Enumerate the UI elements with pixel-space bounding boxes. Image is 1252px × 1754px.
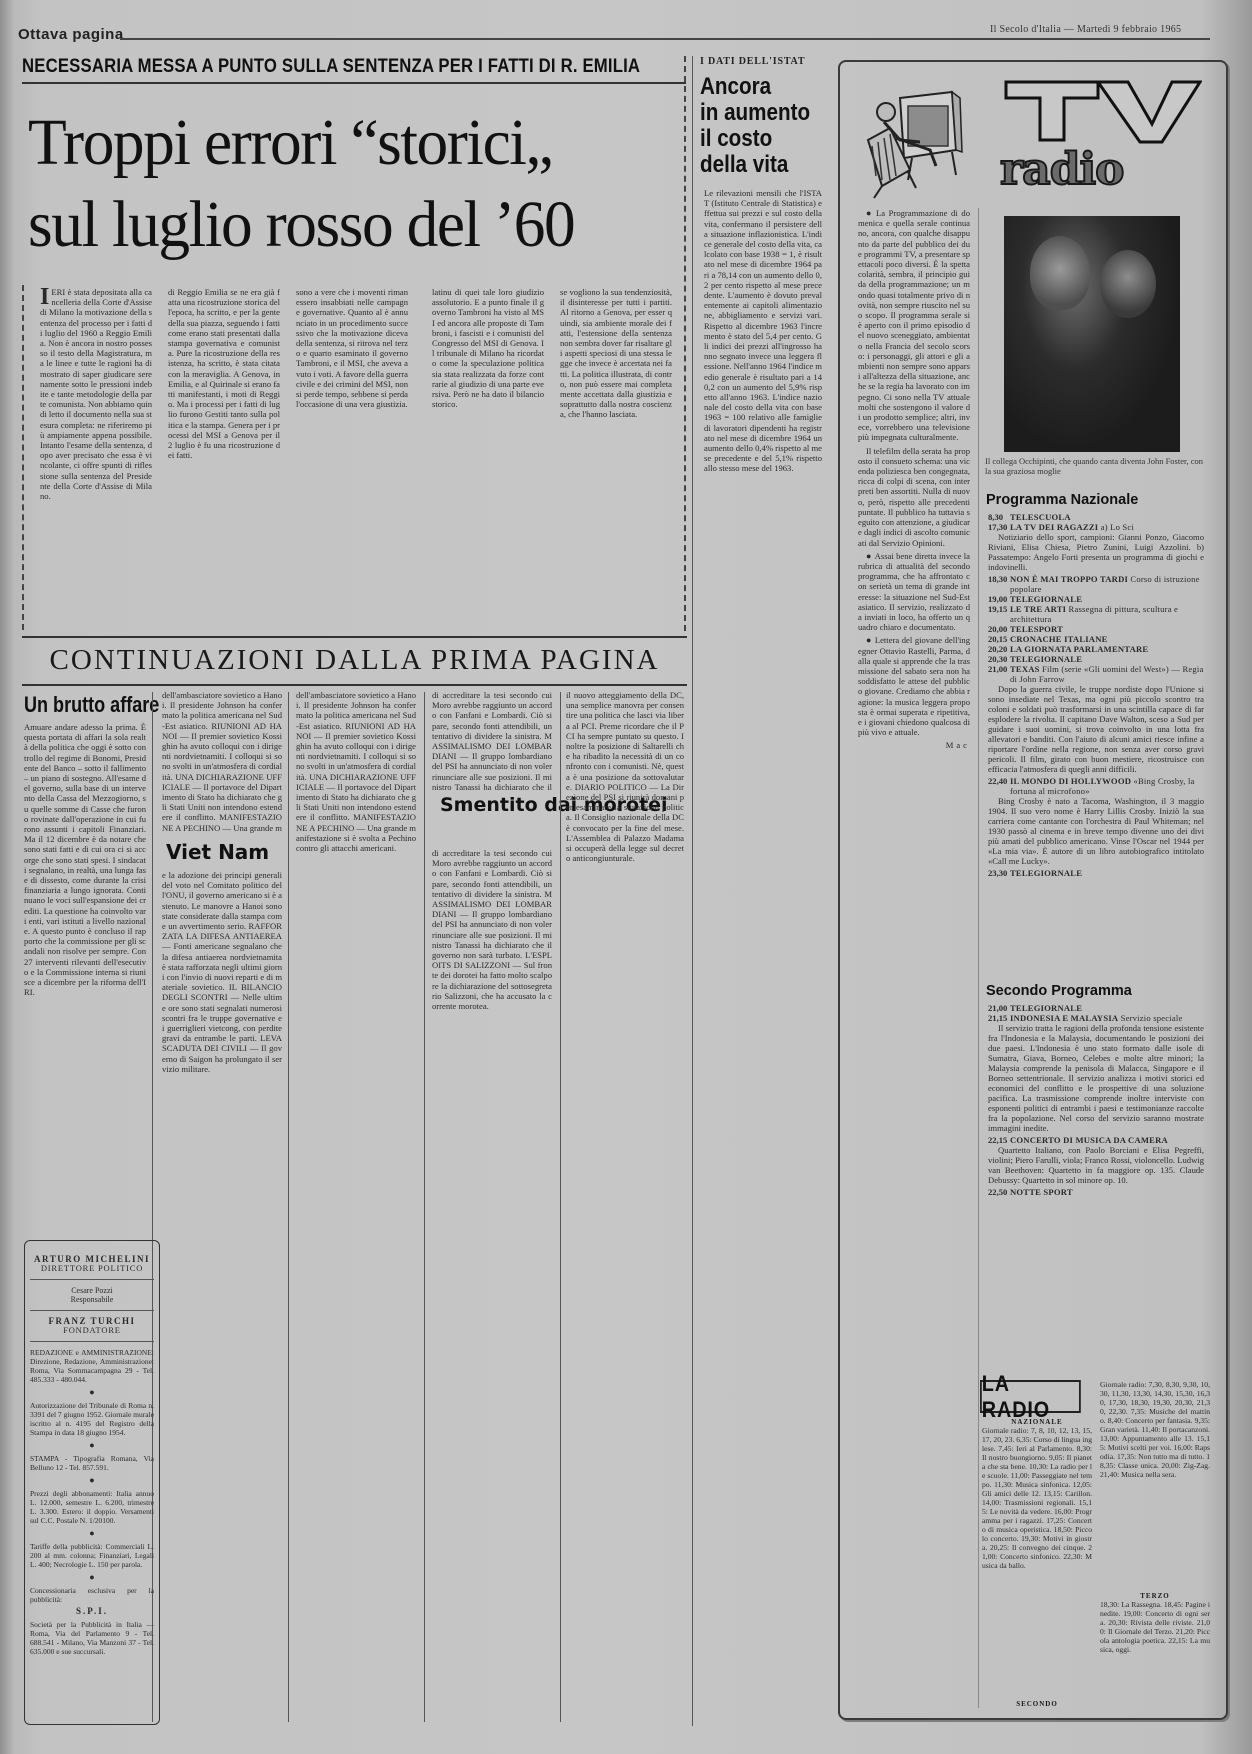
istat-headline-line: il costo bbox=[700, 126, 820, 152]
schedule-title: TELESCUOLA bbox=[1010, 512, 1071, 522]
column-dashed-rule-right bbox=[684, 56, 686, 631]
bullet-icon: ● bbox=[30, 1529, 154, 1538]
story-text-smentito: di accreditare la tesi secondo cui Moro … bbox=[432, 848, 552, 1725]
photo-occhipinti bbox=[1004, 216, 1180, 452]
director-role: DIRETTORE POLITICO bbox=[30, 1264, 154, 1273]
schedule-subtitle: Servizio speciale bbox=[1118, 1013, 1182, 1023]
schedule-title: IL MONDO DI HOLLYWOOD «Bing Crosby, la f… bbox=[1010, 776, 1204, 796]
column-dashed-rule bbox=[22, 285, 24, 630]
schedule-title: TELEGIORNALE bbox=[1010, 868, 1082, 878]
schedule-item: 21,00TEXAS Film (serie «Gli uomini del W… bbox=[988, 664, 1204, 684]
tv-logo-icon bbox=[1002, 78, 1202, 144]
schedule-title: NON È MAI TROPPO TARDI Corso di istruzio… bbox=[1010, 574, 1204, 594]
radio-secondo-label: SECONDO bbox=[982, 1700, 1092, 1708]
schedule-item: 22,50NOTTE SPORT bbox=[988, 1187, 1204, 1197]
bullet-icon: ● bbox=[30, 1573, 154, 1582]
istat-headline-line: Ancora bbox=[700, 74, 820, 100]
schedule-time: 23,30 bbox=[988, 868, 1010, 878]
schedule-time: 21,00 bbox=[988, 1003, 1010, 1013]
lead-column-2: di Reggio Emilia se ne era già fatta una… bbox=[168, 287, 280, 622]
istat-kicker: I DATI DELL'ISTAT bbox=[700, 56, 805, 67]
schedule-time: 22,15 bbox=[988, 1135, 1010, 1145]
story-text-viet-nam-top: dell'ambasciatore sovietico a Hanoi. Il … bbox=[162, 690, 282, 835]
schedule-time: 20,30 bbox=[988, 654, 1010, 664]
schedule-item: 22,15CONCERTO DI MUSICA DA CAMERA bbox=[988, 1135, 1204, 1145]
schedule-time: 21,15 bbox=[988, 1013, 1010, 1023]
schedule-time: 17,30 bbox=[988, 522, 1010, 532]
column-rule bbox=[978, 208, 979, 1708]
schedule-item: 20,30TELEGIORNALE bbox=[988, 654, 1204, 664]
schedule-item: 18,30NON È MAI TROPPO TARDI Corso di ist… bbox=[988, 574, 1204, 594]
schedule-title: TELEGIORNALE bbox=[1010, 1003, 1082, 1013]
lead-column-3: sono a vere che i moventi rimanessero in… bbox=[296, 287, 408, 622]
schedule-title: LA GIORNATA PARLAMENTARE bbox=[1010, 644, 1148, 654]
radio-nazionale-label: NAZIONALE bbox=[982, 1418, 1092, 1426]
schedule-description: Quartetto Italiano, con Paolo Borciani e… bbox=[988, 1145, 1204, 1185]
lead-column-5: se vogliono la sua tendenziosità, il dis… bbox=[560, 287, 672, 622]
radio-nazionale: NAZIONALE Giornale radio: 7, 8, 10, 12, … bbox=[982, 1418, 1092, 1708]
secondo-programma-schedule: 21,00TELEGIORNALE21,15INDONESIA E MALAYS… bbox=[988, 1003, 1204, 1197]
pubblicita-text: Tariffe della pubblicità: Commerciali L.… bbox=[30, 1542, 154, 1569]
stampa-text: STAMPA - Tipografia Romana, Via Belluno … bbox=[30, 1454, 154, 1472]
schedule-title: TELEGIORNALE bbox=[1010, 654, 1082, 664]
spi-text: Società per la Pubblicità in Italia — Ro… bbox=[30, 1620, 154, 1656]
story-text-diario: il nuovo atteggiamento della DC, una sem… bbox=[566, 690, 684, 1725]
radio-secondo: Giornale radio: 7,30, 8,30, 9,30, 10,30,… bbox=[1100, 1380, 1210, 1684]
tv-commentary-para: Il telefilm della serata ha proposto il … bbox=[858, 446, 970, 548]
schedule-subtitle: «Bing Crosby, la fortuna al microfono» bbox=[1010, 776, 1195, 796]
schedule-time: 22,40 bbox=[988, 776, 1010, 796]
schedule-time: 19,15 bbox=[988, 604, 1010, 624]
istat-body: Le rilevazioni mensili che l'ISTAT (Isti… bbox=[704, 188, 822, 1723]
schedule-subtitle: Rassegna di pittura, scultura e architet… bbox=[1010, 604, 1178, 624]
tv-viewer-illustration-icon bbox=[860, 80, 970, 205]
continuazioni-rule-bottom bbox=[22, 684, 687, 686]
schedule-time: 20,20 bbox=[988, 644, 1010, 654]
schedule-item: 20,15CRONACHE ITALIANE bbox=[988, 634, 1204, 644]
schedule-title: TEXAS Film (serie «Gli uomini del West»)… bbox=[1010, 664, 1204, 684]
schedule-item: 21,00TELEGIORNALE bbox=[988, 1003, 1204, 1013]
schedule-title: INDONESIA E MALAYSIA Servizio speciale bbox=[1010, 1013, 1182, 1023]
schedule-item: 20,20LA GIORNATA PARLAMENTARE bbox=[988, 644, 1204, 654]
column-rule bbox=[288, 692, 289, 1722]
schedule-time: 19,00 bbox=[988, 594, 1010, 604]
schedule-time: 8,30 bbox=[988, 512, 1010, 522]
schedule-item: 19,00TELEGIORNALE bbox=[988, 594, 1204, 604]
la-radio-title: LA RADIO bbox=[980, 1380, 1081, 1413]
headline-line-1: Troppi errori “storici„ bbox=[28, 102, 662, 184]
schedule-item: 17,30LA TV DEI RAGAZZI a) Lo Sci bbox=[988, 522, 1204, 532]
schedule-time: 18,30 bbox=[988, 574, 1010, 594]
dateline: Il Secolo d'Italia — Martedì 9 febbraio … bbox=[990, 24, 1181, 35]
schedule-title: LA TV DEI RAGAZZI a) Lo Sci bbox=[1010, 522, 1134, 532]
section-label: Ottava pagina bbox=[18, 26, 124, 43]
schedule-description: Dopo la guerra civile, le truppe nordist… bbox=[988, 684, 1204, 774]
schedule-subtitle: Film (serie «Gli uomini del West») — Reg… bbox=[1010, 664, 1204, 684]
continuazioni-rule-top bbox=[22, 636, 687, 638]
continuazioni-title: CONTINUAZIONI DALLA PRIMA PAGINA bbox=[22, 644, 687, 677]
schedule-item: 23,30TELEGIORNALE bbox=[988, 868, 1204, 878]
schedule-item: 22,40IL MONDO DI HOLLYWOOD «Bing Crosby,… bbox=[988, 776, 1204, 796]
editor-role: Responsabile bbox=[30, 1295, 154, 1304]
bullet-icon: ● bbox=[30, 1476, 154, 1485]
schedule-time: 20,15 bbox=[988, 634, 1010, 644]
schedule-title: LE TRE ARTI Rassegna di pittura, scultur… bbox=[1010, 604, 1204, 624]
lead-kicker: NECESSARIA MESSA A PUNTO SULLA SENTENZA … bbox=[22, 56, 603, 78]
istat-headline-line: in aumento bbox=[700, 100, 820, 126]
story-text-brutto-affare: Amuare andare adesso la prima. È questa … bbox=[24, 722, 146, 1232]
photo-figure bbox=[1030, 236, 1090, 310]
schedule-item: 20,00TELESPORT bbox=[988, 624, 1204, 634]
column-rule bbox=[692, 56, 693, 1726]
schedule-item: 19,15LE TRE ARTI Rassegna di pittura, sc… bbox=[988, 604, 1204, 624]
redazione-text: REDAZIONE e AMMINISTRAZIONE: Direzione, … bbox=[30, 1348, 154, 1384]
story-text-viet-nam-cont: dell'ambasciatore sovietico a Hanoi. Il … bbox=[296, 690, 416, 1725]
schedule-time: 21,00 bbox=[988, 664, 1010, 684]
founder-role: FONDATORE bbox=[30, 1326, 154, 1335]
radio-terzo-label: TERZO bbox=[1100, 1592, 1210, 1600]
story-headline-viet-nam: Viet Nam bbox=[166, 840, 269, 864]
story-headline-brutto-affare: Un brutto affare bbox=[24, 692, 159, 718]
abbonamenti-text: Prezzi degli abbonamenti: Italia annuo L… bbox=[30, 1489, 154, 1525]
radio-terzo-text: 18,30: La Rassegna. 18,45: Pagine inedit… bbox=[1100, 1600, 1210, 1684]
lead-headline: Troppi errori “storici„ sul luglio rosso… bbox=[28, 102, 662, 266]
istat-headline-line: della vita bbox=[700, 152, 820, 178]
tv-commentary-para: Lettera del giovane dell'ingegner Ottavi… bbox=[858, 635, 970, 737]
tv-commentary-signature: Mac bbox=[858, 740, 970, 750]
schedule-description: Il servizio tratta le ragioni della prof… bbox=[988, 1023, 1204, 1133]
story-text-viet-nam: e la adozione dei principi generali del … bbox=[162, 870, 282, 1725]
radio-secondo-text: Giornale radio: 7,30, 8,30, 9,30, 10,30,… bbox=[1100, 1380, 1210, 1586]
radio-logo: radio bbox=[1000, 148, 1124, 192]
schedule-title: CONCERTO DI MUSICA DA CAMERA bbox=[1010, 1135, 1168, 1145]
tv-commentary: La Programmazione di domenica e quella s… bbox=[858, 208, 970, 1708]
schedule-item: 8,30TELESCUOLA bbox=[988, 512, 1204, 522]
tv-commentary-para: Assai bene diretta invece la rubrica di … bbox=[858, 551, 970, 633]
editor-name: Cesare Pozzi bbox=[30, 1286, 154, 1295]
concessionaria-text: Concessionaria esclusiva per la pubblici… bbox=[30, 1586, 154, 1604]
schedule-title: CRONACHE ITALIANE bbox=[1010, 634, 1108, 644]
schedule-time: 20,00 bbox=[988, 624, 1010, 634]
photo-figure bbox=[1100, 250, 1156, 318]
kicker-rule bbox=[22, 82, 686, 84]
story-text-smentito-top: di accreditare la tesi secondo cui Moro … bbox=[432, 690, 552, 790]
schedule-time: 22,50 bbox=[988, 1187, 1010, 1197]
lead-column-1: IERI è stata depositata alla cancelleria… bbox=[40, 287, 152, 622]
photo-caption: Il collega Occhipinti, che quando canta … bbox=[985, 456, 1203, 476]
lead-column-4: latinu di quei tale loro giudizio assolu… bbox=[432, 287, 544, 622]
schedule-item: 21,15INDONESIA E MALAYSIA Servizio speci… bbox=[988, 1013, 1204, 1023]
newspaper-page: Ottava pagina Il Secolo d'Italia — Marte… bbox=[0, 0, 1252, 1754]
programma-nazionale-schedule: 8,30TELESCUOLA17,30LA TV DEI RAGAZZI a) … bbox=[988, 512, 1204, 878]
istat-headline: Ancora in aumento il costo della vita bbox=[700, 74, 820, 178]
schedule-description: Bing Crosby è nato a Tacoma, Washington,… bbox=[988, 796, 1204, 866]
schedule-description: Notiziario dello sport, campioni: Gianni… bbox=[988, 532, 1204, 572]
schedule-title: TELEGIORNALE bbox=[1010, 594, 1082, 604]
radio-nazionale-text: Giornale radio: 7, 8, 10, 12, 13, 15, 17… bbox=[982, 1426, 1092, 1708]
programma-nazionale-title: Programma Nazionale bbox=[986, 492, 1138, 508]
bullet-icon: ● bbox=[30, 1388, 154, 1397]
bullet-icon: ● bbox=[30, 1441, 154, 1450]
secondo-programma-title: Secondo Programma bbox=[986, 983, 1132, 999]
schedule-subtitle: Corso di istruzione popolare bbox=[1010, 574, 1200, 594]
tv-commentary-para: La Programmazione di domenica e quella s… bbox=[858, 208, 970, 443]
schedule-subtitle: a) Lo Sci bbox=[1098, 522, 1134, 532]
masthead-rule bbox=[120, 38, 1210, 40]
autorizzazione-text: Autorizzazione del Tribunale di Roma n. … bbox=[30, 1401, 154, 1437]
column-rule bbox=[424, 692, 425, 1722]
schedule-title: NOTTE SPORT bbox=[1010, 1187, 1073, 1197]
schedule-title: TELESPORT bbox=[1010, 624, 1063, 634]
staff-box: ARTURO MICHELINI DIRETTORE POLITICO Cesa… bbox=[24, 1240, 160, 1725]
column-rule bbox=[560, 692, 561, 1722]
spi-name: S.P.I. bbox=[30, 1607, 154, 1616]
headline-line-2: sul luglio rosso del ’60 bbox=[28, 184, 662, 266]
